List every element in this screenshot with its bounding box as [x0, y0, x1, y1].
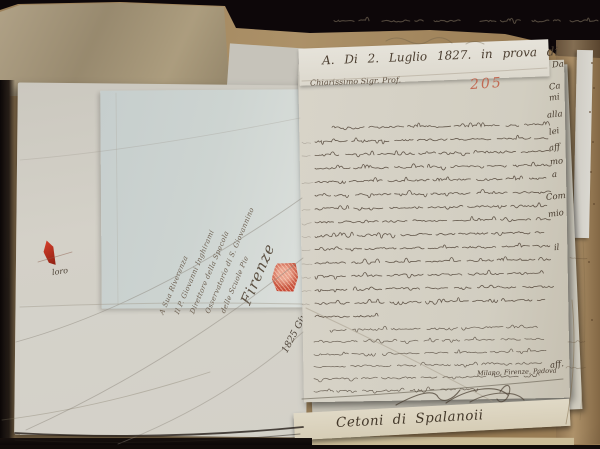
margin-fragment: Da: [552, 60, 565, 71]
photo-bottom-edge: [0, 445, 600, 449]
right-letter-sheet: [298, 60, 570, 403]
margin-fragment: alla: [547, 109, 564, 121]
margin-fragment: aff.: [549, 359, 564, 371]
margin-fragment: lei: [548, 126, 560, 138]
album-page-crumple: [0, 0, 236, 96]
margin-fragment: mo: [550, 156, 564, 167]
margin-fragment: aff: [548, 142, 560, 153]
book-spine-shadow: [0, 80, 15, 449]
archive-page-number: 205: [469, 75, 503, 93]
left-letter-lower-fold: [20, 305, 306, 435]
margin-fragment: Ca: [548, 81, 561, 93]
margin-fragment: mi: [548, 92, 560, 103]
margin-fragment: a: [552, 170, 558, 180]
margin-fragment: Com: [546, 191, 567, 203]
margin-fragment: il: [553, 243, 559, 254]
manuscript-photo: A Sua RiverenzaIl P. Giovanni InghiramiD…: [0, 0, 600, 449]
